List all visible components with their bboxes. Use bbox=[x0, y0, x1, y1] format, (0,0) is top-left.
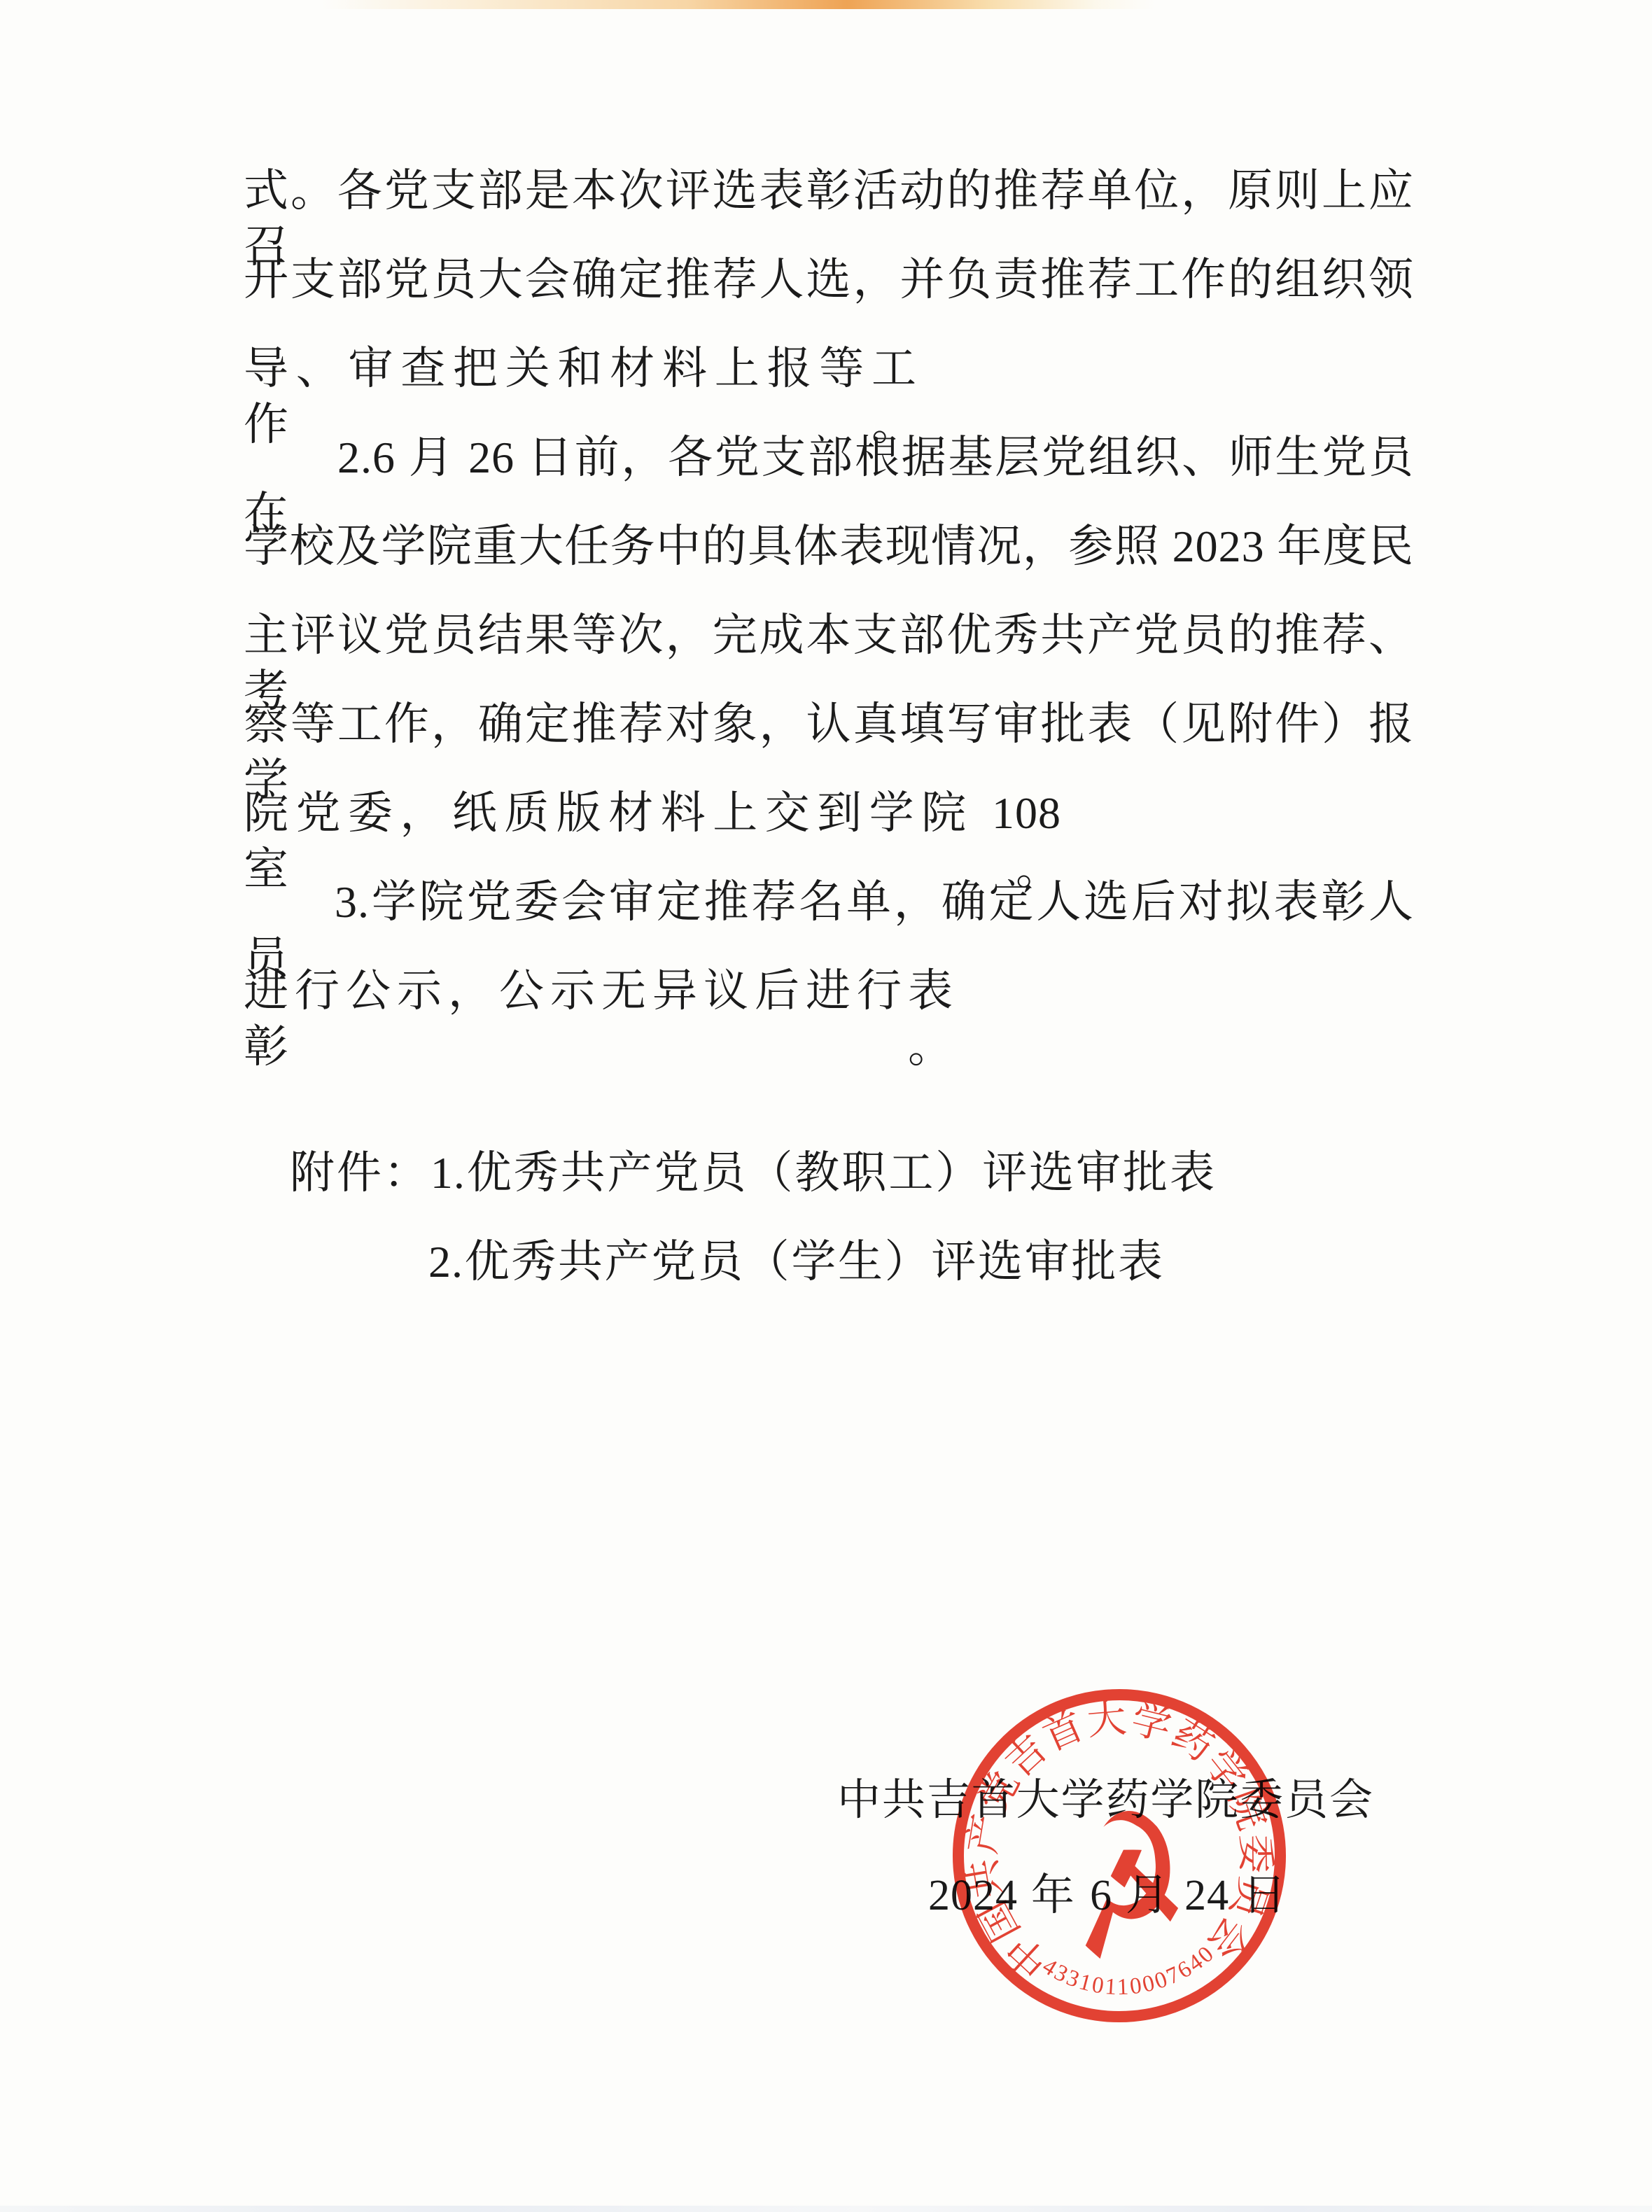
official-seal: ☭ 中国共产党吉首大学药学院委员会 43310110007640 bbox=[933, 1668, 1305, 2044]
body-line-5: 学校及学院重大任务中的具体表现情况，参照 2023 年度民 bbox=[244, 519, 1414, 575]
body-line-9: 3.学院党委会审定推荐名单，确定人选后对拟表彰人员 bbox=[244, 874, 1414, 930]
signature-date: 2024 年 6 月 24 日 bbox=[928, 1868, 1287, 1924]
attachment-line-2: 2.优秀共产党员（学生）评选审批表 bbox=[428, 1234, 1163, 1290]
signature-org: 中共吉首大学药学院委员会 bbox=[837, 1772, 1373, 1828]
body-line-6: 主评议党员结果等次，完成本支部优秀共产党员的推荐、考 bbox=[244, 608, 1414, 664]
body-line-2: 开支部党员大会确定推荐人选，并负责推荐工作的组织领 bbox=[244, 252, 1414, 308]
body-line-8: 院党委，纸质版材料上交到学院 108 室。 bbox=[244, 785, 1061, 841]
attachment-line-1: 附件：1.优秀共产党员（教职工）评选审批表 bbox=[290, 1145, 1215, 1201]
scanned-document-page: 式。各党支部是本次评选表彰活动的推荐单位，原则上应召 开支部党员大会确定推荐人选… bbox=[0, 0, 1652, 2212]
body-line-10: 进行公示，公示无异议后进行表彰。 bbox=[244, 963, 953, 1019]
scan-artifact-top-strip bbox=[322, 0, 1155, 9]
body-line-1: 式。各党支部是本次评选表彰活动的推荐单位，原则上应召 bbox=[244, 163, 1414, 219]
body-line-7: 察等工作，确定推荐对象，认真填写审批表（见附件）报学 bbox=[244, 696, 1414, 752]
scan-artifact-bottom-strip bbox=[0, 2206, 1652, 2212]
body-line-3: 导、审查把关和材料上报等工作。 bbox=[244, 341, 917, 397]
body-line-4: 2.6 月 26 日前，各党支部根据基层党组织、师生党员在 bbox=[244, 430, 1414, 486]
